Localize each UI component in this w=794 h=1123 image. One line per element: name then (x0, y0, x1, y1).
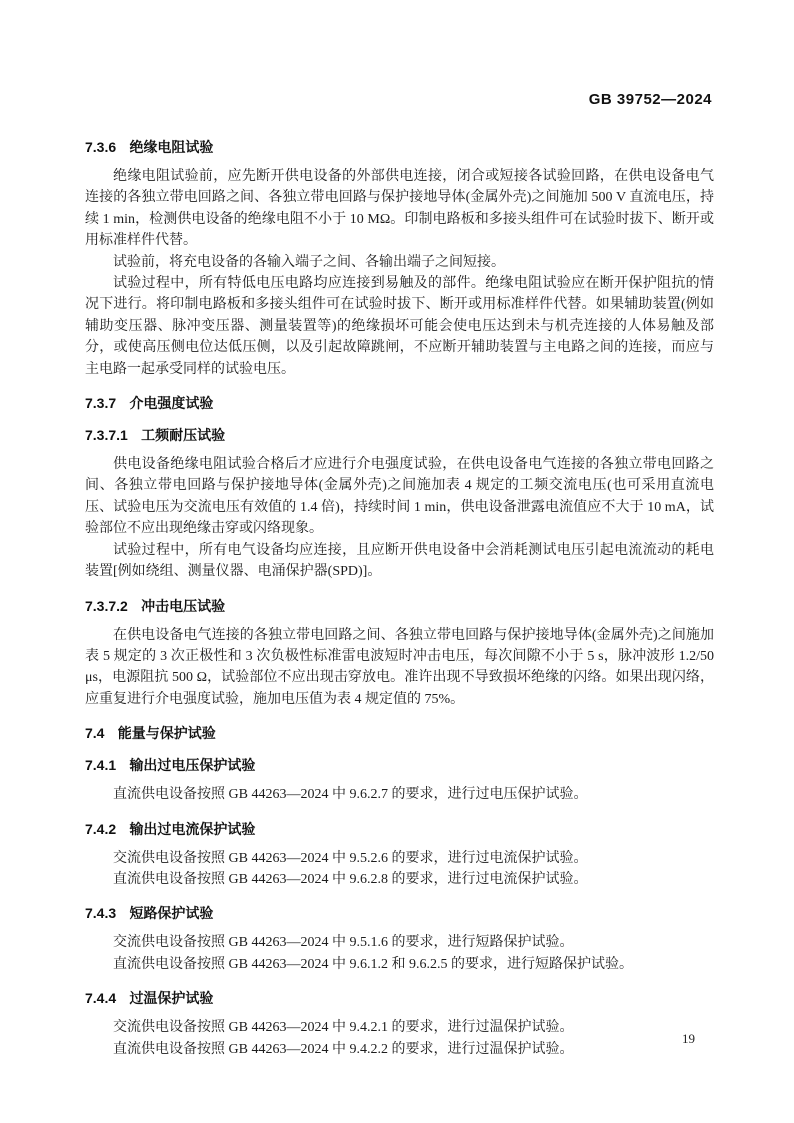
section-title: 能量与保护试验 (118, 725, 216, 741)
section-title: 短路保护试验 (129, 905, 213, 921)
paragraph: 试验过程中，所有电气设备均应连接，且应断开供电设备中会消耗测试电压引起电流流动的… (85, 540, 714, 583)
section-title: 过温保护试验 (129, 990, 213, 1006)
section-title: 工频耐压试验 (141, 427, 225, 443)
paragraph: 直流供电设备按照 GB 44263—2024 中 9.6.1.2 和 9.6.2… (85, 954, 714, 975)
section-heading-7-3-7: 7.3.7介电强度试验 (85, 394, 714, 412)
section-title: 输出过电压保护试验 (129, 757, 255, 773)
paragraph: 在供电设备电气连接的各独立带电回路之间、各独立带电回路与保护接地导体(金属外壳)… (85, 625, 714, 711)
page-header: GB 39752—2024 (85, 91, 712, 108)
document-page: GB 39752—2024 7.3.6绝缘电阻试验 绝缘电阻试验前，应先断开供电… (0, 0, 794, 1123)
paragraph: 试验过程中，所有特低电压电路均应连接到易触及的部件。绝缘电阻试验应在断开保护阻抗… (85, 273, 714, 380)
paragraph: 供电设备绝缘电阻试验合格后才应进行介电强度试验，在供电设备电气连接的各独立带电回… (85, 454, 714, 540)
section-number: 7.3.7.2 (85, 597, 128, 615)
paragraph: 直流供电设备按照 GB 44263—2024 中 9.6.2.7 的要求，进行过… (85, 784, 714, 805)
section-title: 冲击电压试验 (141, 598, 225, 614)
paragraph: 绝缘电阻试验前，应先断开供电设备的外部供电连接，闭合或短接各试验回路，在供电设备… (85, 166, 714, 252)
section-title: 介电强度试验 (129, 395, 213, 411)
section-heading-7-4-2: 7.4.2输出过电流保护试验 (85, 820, 714, 838)
section-number: 7.4.1 (85, 756, 116, 774)
standard-number: GB 39752—2024 (589, 91, 712, 108)
paragraph: 交流供电设备按照 GB 44263—2024 中 9.5.2.6 的要求，进行过… (85, 848, 714, 869)
section-title: 绝缘电阻试验 (129, 139, 213, 155)
section-number: 7.4.4 (85, 989, 116, 1007)
section-heading-7-3-7-1: 7.3.7.1工频耐压试验 (85, 426, 714, 444)
document-body: 7.3.6绝缘电阻试验 绝缘电阻试验前，应先断开供电设备的外部供电连接，闭合或短… (85, 138, 714, 1060)
section-heading-7-3-6: 7.3.6绝缘电阻试验 (85, 138, 714, 156)
section-heading-7-4-4: 7.4.4过温保护试验 (85, 989, 714, 1007)
section-number: 7.4 (85, 724, 104, 742)
section-heading-7-4: 7.4能量与保护试验 (85, 724, 714, 742)
section-number: 7.3.6 (85, 138, 116, 156)
page-number: 19 (682, 1031, 695, 1047)
section-number: 7.4.3 (85, 904, 116, 922)
paragraph: 交流供电设备按照 GB 44263—2024 中 9.5.1.6 的要求，进行短… (85, 932, 714, 953)
paragraph: 直流供电设备按照 GB 44263—2024 中 9.6.2.8 的要求，进行过… (85, 869, 714, 890)
paragraph: 试验前，将充电设备的各输入端子之间、各输出端子之间短接。 (85, 252, 714, 273)
section-heading-7-4-1: 7.4.1输出过电压保护试验 (85, 756, 714, 774)
section-heading-7-3-7-2: 7.3.7.2冲击电压试验 (85, 597, 714, 615)
section-number: 7.3.7.1 (85, 426, 128, 444)
section-number: 7.4.2 (85, 820, 116, 838)
paragraph: 交流供电设备按照 GB 44263—2024 中 9.4.2.1 的要求，进行过… (85, 1017, 714, 1038)
section-number: 7.3.7 (85, 394, 116, 412)
paragraph: 直流供电设备按照 GB 44263—2024 中 9.4.2.2 的要求，进行过… (85, 1039, 714, 1060)
section-title: 输出过电流保护试验 (129, 821, 255, 837)
section-heading-7-4-3: 7.4.3短路保护试验 (85, 904, 714, 922)
